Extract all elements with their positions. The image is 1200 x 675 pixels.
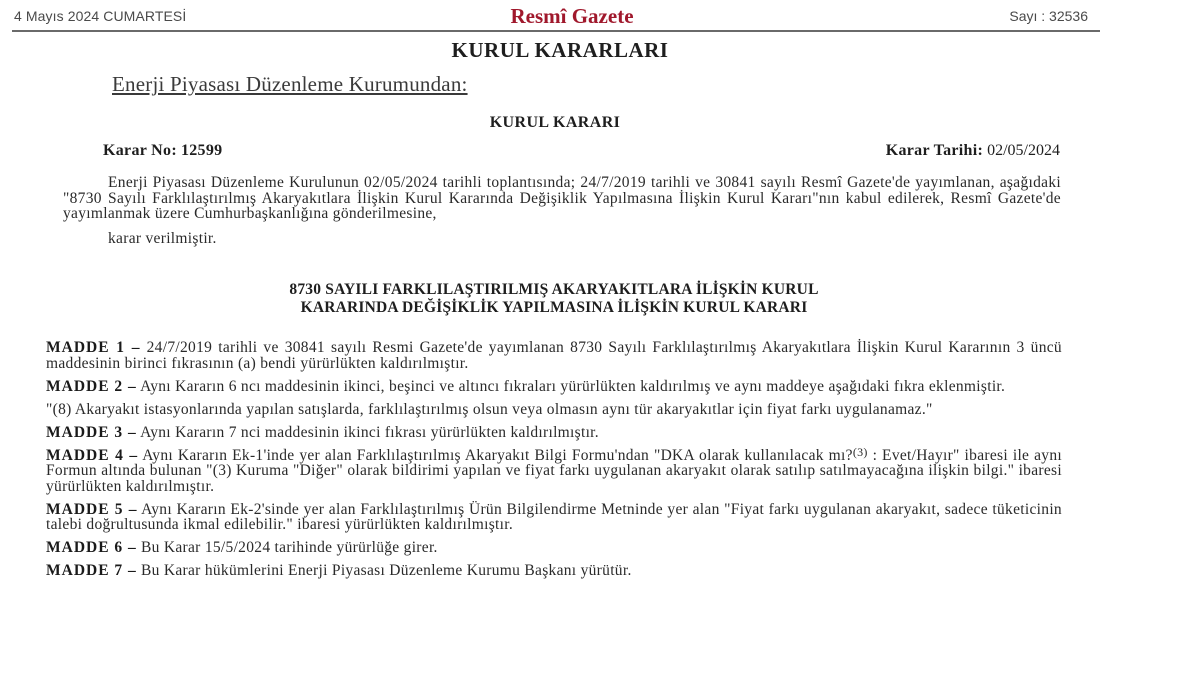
article-1: MADDE 1 – 24/7/2019 tarihli ve 30841 say…	[46, 340, 1062, 371]
decision-date: Karar Tarihi: 02/05/2024	[886, 142, 1060, 160]
intro-text: Enerji Piyasası Düzenleme Kurulunun 02/0…	[63, 175, 1061, 222]
gazette-header: 4 Mayıs 2024 CUMARTESİ Resmî Gazete Sayı…	[12, 0, 1100, 32]
intro-paragraph: Enerji Piyasası Düzenleme Kurulunun 02/0…	[63, 175, 1061, 246]
article-2-added-paragraph: "(8) Akaryakıt istasyonlarında yapılan s…	[46, 402, 1062, 418]
article-7: MADDE 7 – Bu Karar hükümlerini Enerji Pi…	[46, 563, 1062, 579]
gazette-title: Resmî Gazete	[442, 4, 702, 29]
decision-title: KURUL KARARI	[0, 114, 1110, 132]
section-title: KURUL KARARLARI	[0, 38, 1120, 63]
article-6: MADDE 6 – Bu Karar 15/5/2024 tarihinde y…	[46, 540, 1062, 556]
article-5: MADDE 5 – Aynı Kararın Ek-2'sinde yer al…	[46, 502, 1062, 533]
article-4: MADDE 4 – Aynı Kararın Ek-1'inde yer ala…	[46, 448, 1062, 495]
publication-date: 4 Mayıs 2024 CUMARTESİ	[14, 8, 186, 24]
main-heading: 8730 SAYILI FARKLILAŞTIRILMIŞ AKARYAKITL…	[84, 281, 1024, 317]
decision-date-label: Karar Tarihi:	[886, 142, 983, 159]
article-3: MADDE 3 – Aynı Kararın 7 nci maddesinin …	[46, 425, 1062, 441]
issue-number: Sayı : 32536	[1009, 8, 1088, 24]
main-heading-line-1: 8730 SAYILI FARKLILAŞTIRILMIŞ AKARYAKITL…	[84, 281, 1024, 299]
decision-number-value: 12599	[181, 142, 223, 159]
decision-date-value: 02/05/2024	[987, 142, 1060, 159]
articles: MADDE 1 – 24/7/2019 tarihli ve 30841 say…	[46, 340, 1062, 586]
main-heading-line-2: KARARINDA DEĞİŞİKLİK YAPILMASINA İLİŞKİN…	[84, 299, 1024, 317]
decision-number: Karar No: 12599	[103, 142, 222, 160]
decision-number-label: Karar No:	[103, 142, 177, 159]
institution-name: Enerji Piyasası Düzenleme Kurumundan:	[112, 72, 468, 97]
article-2: MADDE 2 – Aynı Kararın 6 ncı maddesinin …	[46, 379, 1062, 395]
footnote-ref: (3)	[853, 445, 868, 459]
intro-closing: karar verilmiştir.	[63, 231, 1061, 247]
